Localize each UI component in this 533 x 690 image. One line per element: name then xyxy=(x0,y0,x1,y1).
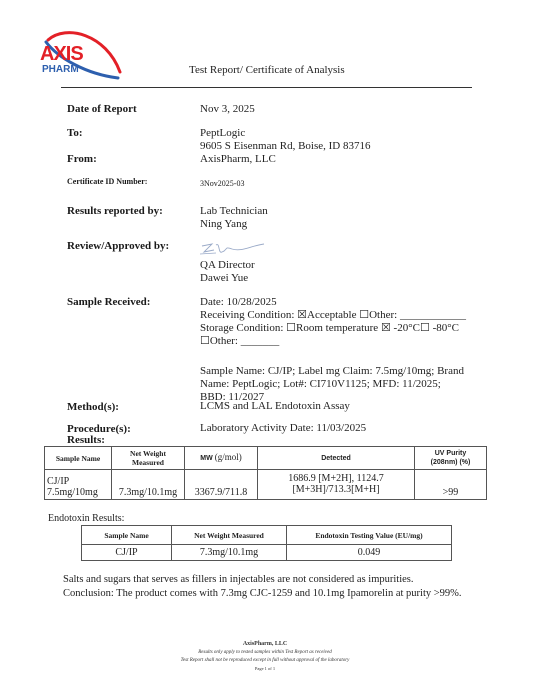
recipient-address: 9605 S Eisenman Rd, Boise, ID 83716 xyxy=(200,140,371,153)
header-divider xyxy=(61,87,472,88)
results-reported-by-value: Lab Technician Ning Yang xyxy=(200,205,268,231)
storage-other: ☐Other: _______ xyxy=(200,335,480,348)
detected-line1: 1686.9 [M+2H], 1124.7 xyxy=(260,473,412,484)
methods-value: LCMS and LAL Endotoxin Assay xyxy=(200,400,350,413)
col-mw-unit: (g/mol) xyxy=(215,452,242,462)
col-net-weight-line1: Net Weight xyxy=(114,449,182,458)
detected-line2: [M+3H]/713.3[M+H] xyxy=(260,484,412,495)
date-of-report-value: Nov 3, 2025 xyxy=(200,103,255,116)
results-label: Results: xyxy=(67,434,105,446)
storage-condition: Storage Condition: ☐Room temperature ☒ -… xyxy=(200,322,480,335)
results-table-header: Sample Name Net Weight Measured MW (g/mo… xyxy=(45,447,487,470)
page-number: Page 1 of 1 xyxy=(130,666,400,671)
fillers-note: Salts and sugars that serves as fillers … xyxy=(63,574,414,585)
to-value: PeptLogic 9605 S Eisenman Rd, Boise, ID … xyxy=(200,127,371,153)
results-reported-by-label: Results reported by: xyxy=(67,205,163,217)
methods-label: Method(s): xyxy=(67,401,119,413)
endo-col-net-weight: Net Weight Measured xyxy=(172,526,287,545)
from-label: From: xyxy=(67,153,97,165)
col-uv-purity: UV Purity (208nm) (%) xyxy=(415,447,487,470)
date-of-report-label: Date of Report xyxy=(67,103,137,115)
col-mw-prefix: MW xyxy=(200,455,212,462)
endotoxin-table-header: Sample Name Net Weight Measured Endotoxi… xyxy=(82,526,452,545)
col-uv-purity-line1: UV Purity xyxy=(417,449,484,458)
endotoxin-results-label: Endotoxin Results: xyxy=(48,513,124,524)
table-row: CJ/IP 7.5mg/10mg 7.3mg/10.1mg 3367.9/711… xyxy=(45,470,487,500)
from-value: AxisPharm, LLC xyxy=(200,153,276,166)
to-label: To: xyxy=(67,127,83,139)
cell-uv-purity: >99 xyxy=(415,470,487,500)
cell-net-weight: 7.3mg/10.1mg xyxy=(112,470,185,500)
logo-word-axis: AXIS xyxy=(40,43,83,65)
results-table: Sample Name Net Weight Measured MW (g/mo… xyxy=(44,446,487,500)
sample-name-line1: CJ/IP xyxy=(47,476,109,487)
col-net-weight-line2: Measured xyxy=(114,458,182,467)
reporter-title: Lab Technician xyxy=(200,205,268,218)
endo-col-sample-name: Sample Name xyxy=(82,526,172,545)
col-mw: MW (g/mol) xyxy=(185,447,258,470)
col-uv-purity-line2: (208nm) (%) xyxy=(417,458,484,467)
received-date: Date: 10/28/2025 xyxy=(200,296,480,309)
approver-name: Dawei Yue xyxy=(200,272,255,285)
sample-received-value: Date: 10/28/2025 Receiving Condition: ☒A… xyxy=(200,296,480,348)
review-approved-by-label: Review/Approved by: xyxy=(67,240,169,252)
recipient-name: PeptLogic xyxy=(200,127,371,140)
approver-title: QA Director xyxy=(200,259,255,272)
footer-note-results: Results only apply to tested samples wit… xyxy=(130,650,400,655)
procedures-value: Laboratory Activity Date: 11/03/2025 xyxy=(200,422,366,435)
document-title: Test Report/ Certificate of Analysis xyxy=(189,64,345,76)
sample-info-line: Sample Name: CJ/IP; Label mg Claim: 7.5m… xyxy=(200,365,480,378)
sample-info: Sample Name: CJ/IP; Label mg Claim: 7.5m… xyxy=(200,365,480,404)
receiving-condition: Receiving Condition: ☒Acceptable ☐Other:… xyxy=(200,309,480,322)
cell-mw: 3367.9/711.8 xyxy=(185,470,258,500)
col-detected: Detected xyxy=(258,447,415,470)
signature-icon xyxy=(198,240,268,258)
certificate-id-label: Certificate ID Number: xyxy=(67,177,147,186)
logo-word-pharm: PHARM xyxy=(42,64,79,75)
cell-sample-name: CJ/IP 7.5mg/10mg xyxy=(45,470,112,500)
cell-detected: 1686.9 [M+2H], 1124.7 [M+3H]/713.3[M+H] xyxy=(258,470,415,500)
sample-name-line2: 7.5mg/10mg xyxy=(47,487,109,498)
sample-info-line: Name: PeptLogic; Lot#: CI710V1125; MFD: … xyxy=(200,378,480,391)
certificate-id-value: 3Nov2025-03 xyxy=(200,177,244,190)
reporter-name: Ning Yang xyxy=(200,218,268,231)
endo-cell-sample-name: CJ/IP xyxy=(82,545,172,561)
conclusion: Conclusion: The product comes with 7.3mg… xyxy=(63,588,462,599)
endotoxin-table: Sample Name Net Weight Measured Endotoxi… xyxy=(81,525,452,561)
endo-cell-net-weight: 7.3mg/10.1mg xyxy=(172,545,287,561)
col-net-weight: Net Weight Measured xyxy=(112,447,185,470)
endo-col-value: Endotoxin Testing Value (EU/mg) xyxy=(287,526,452,545)
footer-note-reproduction: Test Report shall not be reproduced exce… xyxy=(130,658,400,663)
endo-cell-value: 0.049 xyxy=(287,545,452,561)
sample-received-label: Sample Received: xyxy=(67,296,150,308)
axispharm-logo: AXIS PHARM xyxy=(36,28,126,80)
table-row: CJ/IP 7.3mg/10.1mg 0.049 xyxy=(82,545,452,561)
col-sample-name: Sample Name xyxy=(45,447,112,470)
review-approved-by-value: QA Director Dawei Yue xyxy=(200,259,255,285)
footer-company: AxisPharm, LLC xyxy=(130,641,400,647)
